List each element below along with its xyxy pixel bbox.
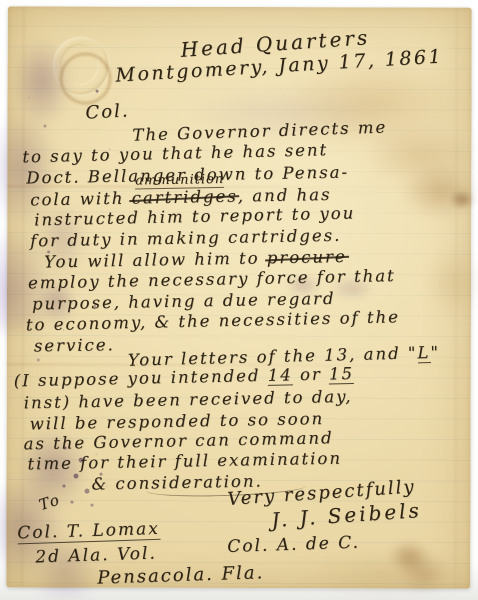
letter-text-segment: (I suppose you intended: [14, 366, 268, 391]
underlined-word: 15: [329, 364, 354, 385]
letter-text-segment: or: [293, 365, 330, 385]
letter-text-segment: , and has: [238, 185, 332, 206]
address-place: Pensacola. Fla.: [97, 562, 265, 588]
fold-crease-vertical: [21, 6, 25, 587]
ink-speckles: [8, 6, 11, 9]
ring-stain: [60, 53, 112, 105]
letter-salutation: Col.: [85, 100, 130, 123]
letter-line: (I suppose you intended 14 or 15: [14, 364, 355, 390]
address-unit: 2d Ala. Vol.: [35, 544, 157, 568]
water-stain-right: [427, 247, 478, 317]
signature-title: Col. A. de C.: [227, 533, 360, 557]
water-stain-dark-edge: [449, 190, 475, 210]
letter-line: service.: [34, 335, 115, 355]
fold-crease-vertical: [454, 8, 458, 589]
letter-text-segment: ": [430, 343, 440, 362]
letter-text-segment: You will allow him to: [44, 248, 267, 271]
letter-line: The Governor directs me: [132, 117, 387, 144]
underlined-word: 14: [268, 365, 293, 386]
address-to: To: [37, 490, 63, 514]
letter-text-segment: cola with: [30, 189, 132, 210]
water-stain-right: [399, 165, 478, 217]
water-stain-signature: [381, 537, 451, 592]
underlined-word: L: [417, 343, 430, 363]
letter-paper: Head Quarters Montgomery, Jany 17, 1861 …: [6, 6, 472, 588]
struck-word: cartridges: [132, 187, 238, 208]
water-stain-bottom: [301, 555, 466, 593]
letter-line: for duty in making cartridges.: [30, 226, 342, 251]
correction: cartridgesammunition: [132, 187, 238, 208]
inserted-word: ammunition: [135, 172, 224, 190]
letter-photo: { "colors": { "background": "#fdfdfc", "…: [0, 0, 478, 600]
address-name: Col. T. Lomax: [17, 519, 160, 545]
struck-word: procure: [267, 247, 347, 267]
letter-line: to say to you that he has sent: [22, 140, 328, 166]
